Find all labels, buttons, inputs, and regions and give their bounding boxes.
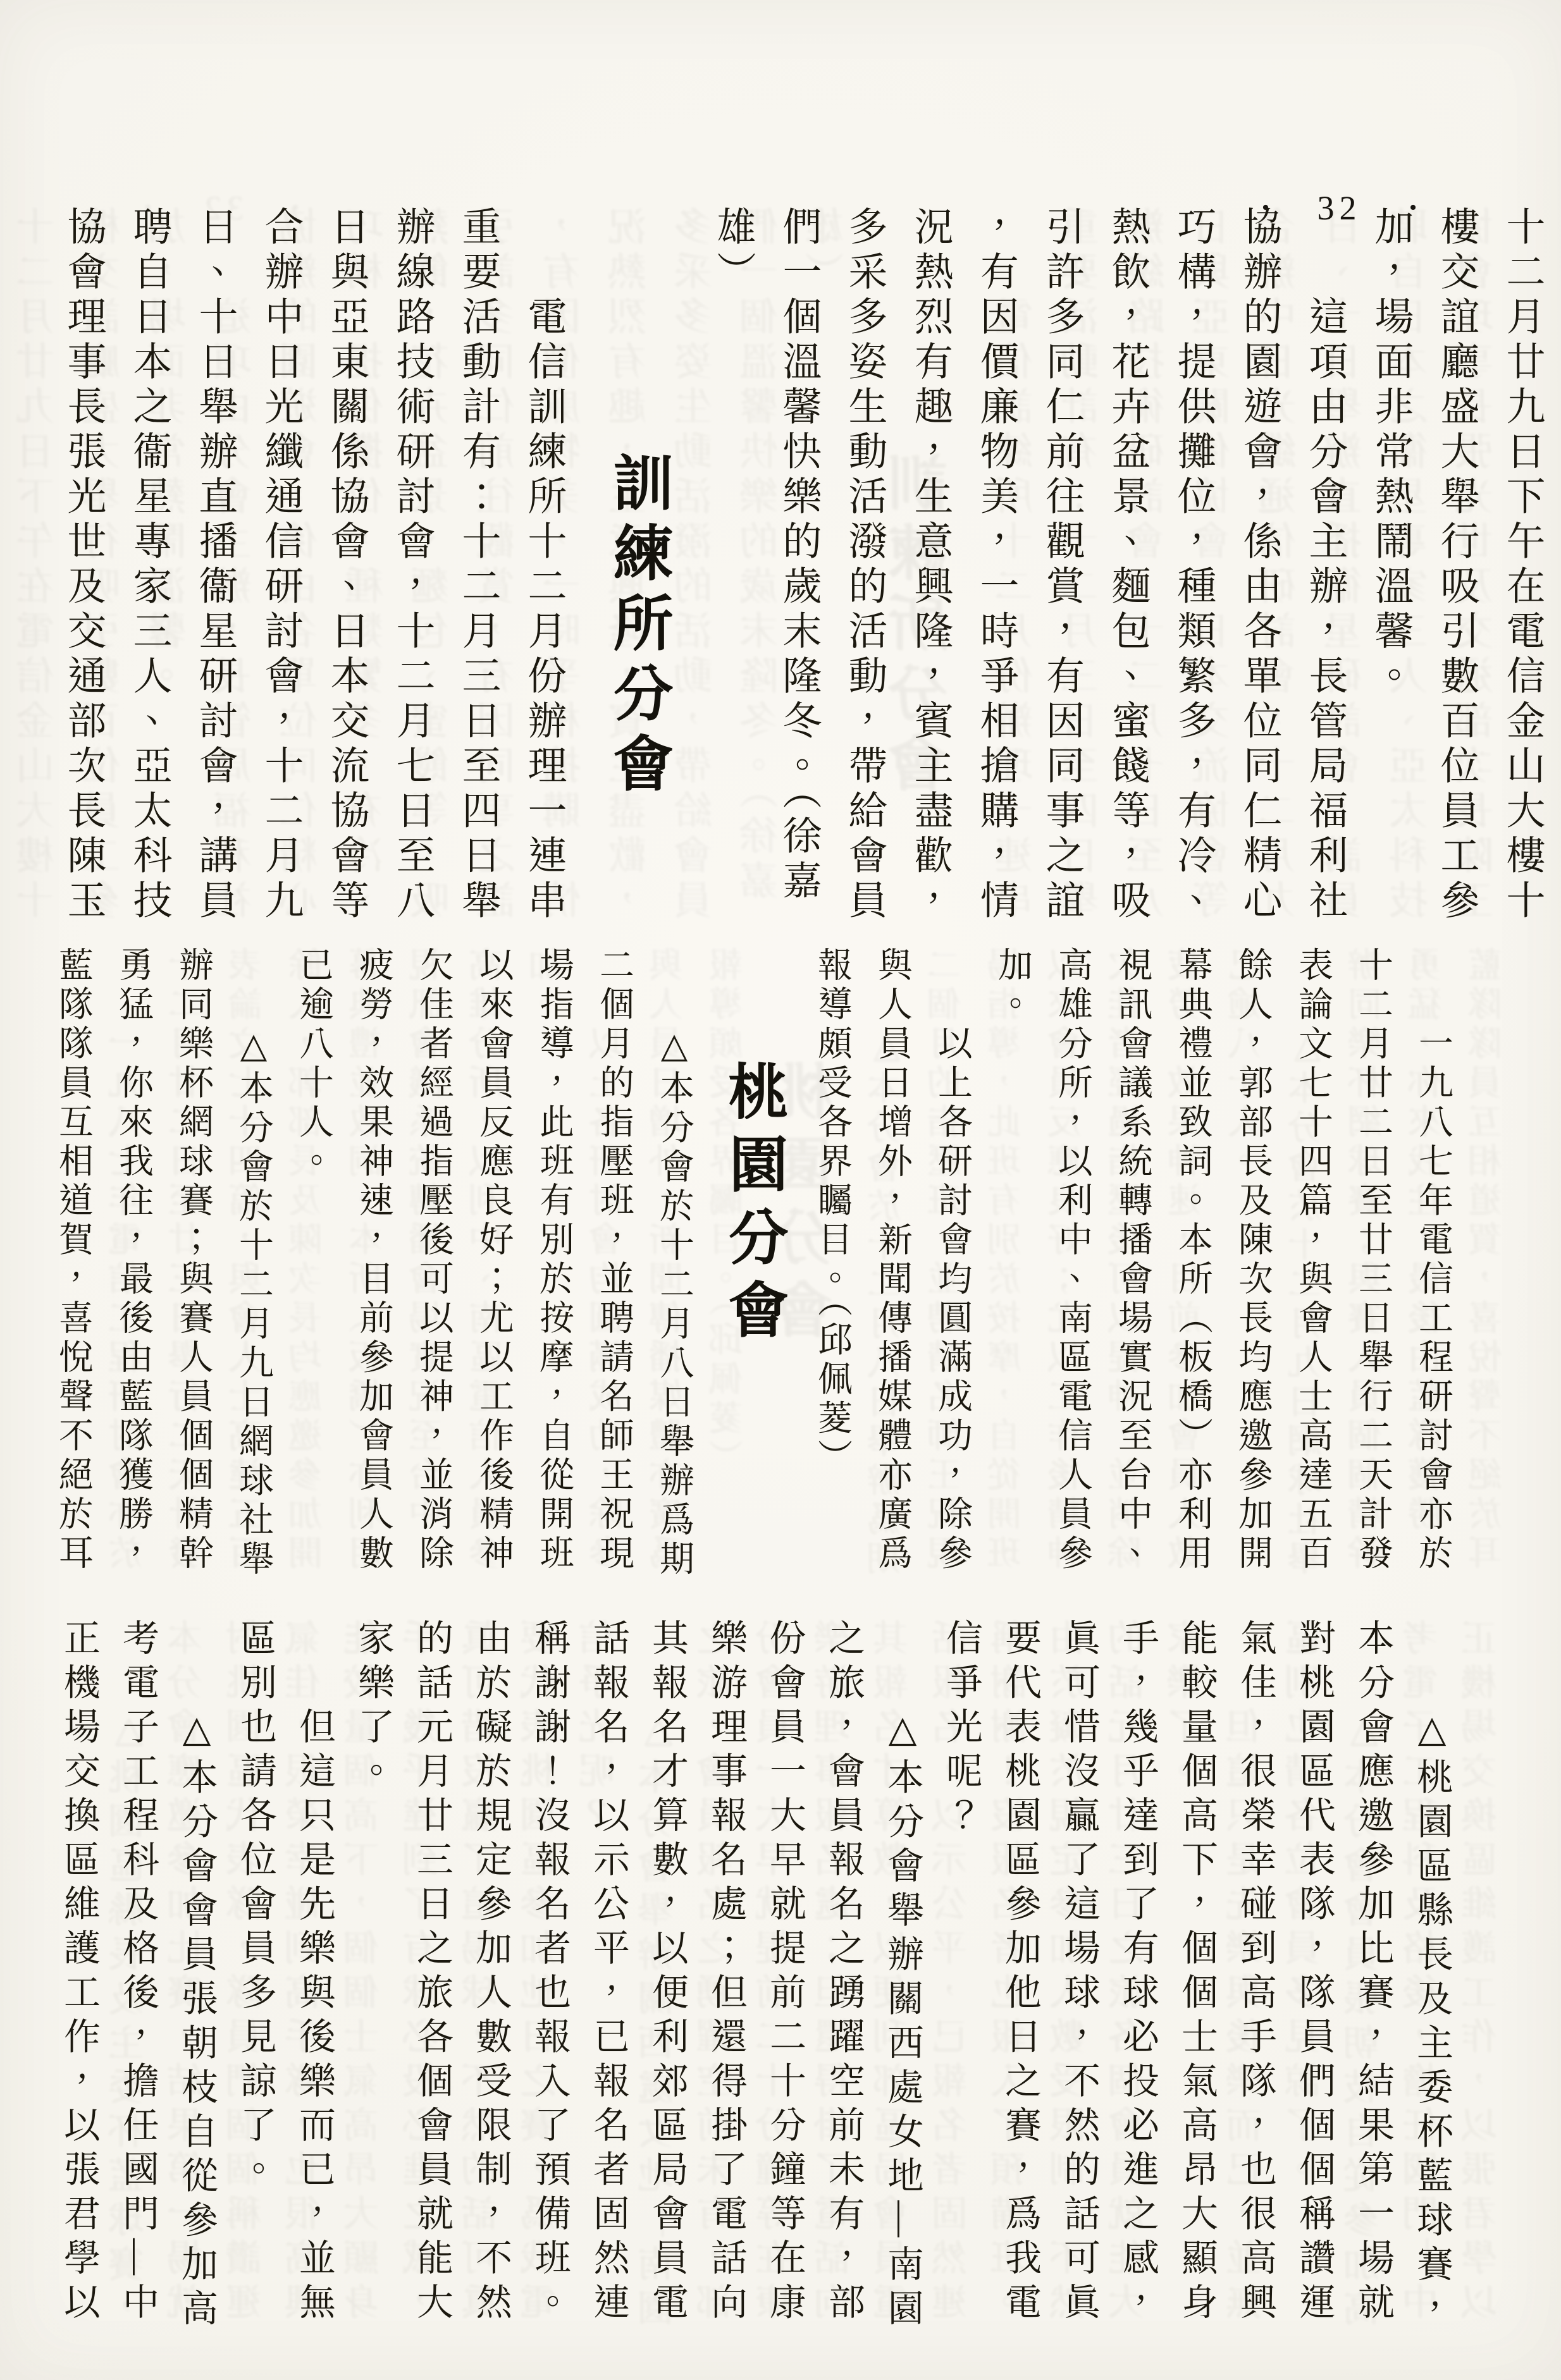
page: • 32 • 十二月廿九日下午在電信金山大樓十樓交誼廳盛大舉行吸引數百位員工參加… [0, 0, 1561, 2380]
paragraph-tennis-tournament: △本分會於十二月九日網球社舉辦同樂杯網球賽；與賽人員個個精幹勇猛，你來我往，最後… [43, 947, 283, 1582]
band-middle: 一九八七年電信工程研討會亦於十二月廿二日至廿三日舉行二天計發表論文七十四篇，與會… [40, 947, 1463, 1582]
paragraph-member-chang-chao-chih: △本分會會員張朝枝自從參加高考電子工程科及格後，擔任國門—中正機場交換區維護工作… [49, 1619, 226, 2343]
paragraph-basketball-tournament: △桃園區縣長及主委杯藍球賽，本分會應邀參加比賽，結果第一場就對桃園區代表隊，隊員… [932, 1619, 1461, 2343]
paragraph-acupressure-class: △本分會於十二月八日舉辦爲期二個月的指壓班，並聘請名師王祝現場指導，此班有別於按… [283, 947, 704, 1582]
heading-training-institute-branch: 訓練所分會 [576, 206, 700, 928]
paragraph-seminar-media-coverage: 以上各研討會均圓滿成功，除參與人員日增外，新聞傳播媒體亦廣爲報導頗受各界矚目。（… [802, 947, 982, 1582]
heading-taoyuan-branch: 桃園分會 [704, 947, 802, 1582]
paragraph-engineering-seminar: 一九八七年電信工程研討會亦於十二月廿二日至廿三日舉行二天計發表論文七十四篇，與會… [982, 947, 1463, 1582]
paragraph-yearend-party-detail: 這項由分會主辦，長管局福利社協辦的園遊會，係由各單位同仁精心巧構，提供攤位，種類… [700, 206, 1357, 928]
paragraph-nanyuan-trip: △本分會舉辦關西處女地—南園之旅，會員報名之踴躍空前未有，部份會員一大早就提前二… [343, 1619, 932, 2343]
band-bottom: △桃園區縣長及主委杯藍球賽，本分會應邀參加比賽，結果第一場就對桃園區代表隊，隊員… [37, 1619, 1461, 2343]
paragraph-yearend-party-intro: 十二月廿九日下午在電信金山大樓十樓交誼廳盛大舉行吸引數百位員工參加，場面非常熱鬧… [1357, 206, 1555, 928]
paragraph-trip-remark: 但這只是先樂與後樂而已，並無區別也請各位會員多見諒了。 [226, 1619, 343, 2343]
band-top: 十二月廿九日下午在電信金山大樓十樓交誼廳盛大舉行吸引數百位員工參加，場面非常熱鬧… [43, 206, 1555, 928]
paragraph-training-institute-activities: 電信訓練所十二月份辦理一連串重要活動計有：十二月三日至四日舉辦線路技術研討會，十… [43, 206, 576, 928]
page-content: • 32 • 十二月廿九日下午在電信金山大樓十樓交誼廳盛大舉行吸引數百位員工參加… [0, 0, 1561, 2380]
